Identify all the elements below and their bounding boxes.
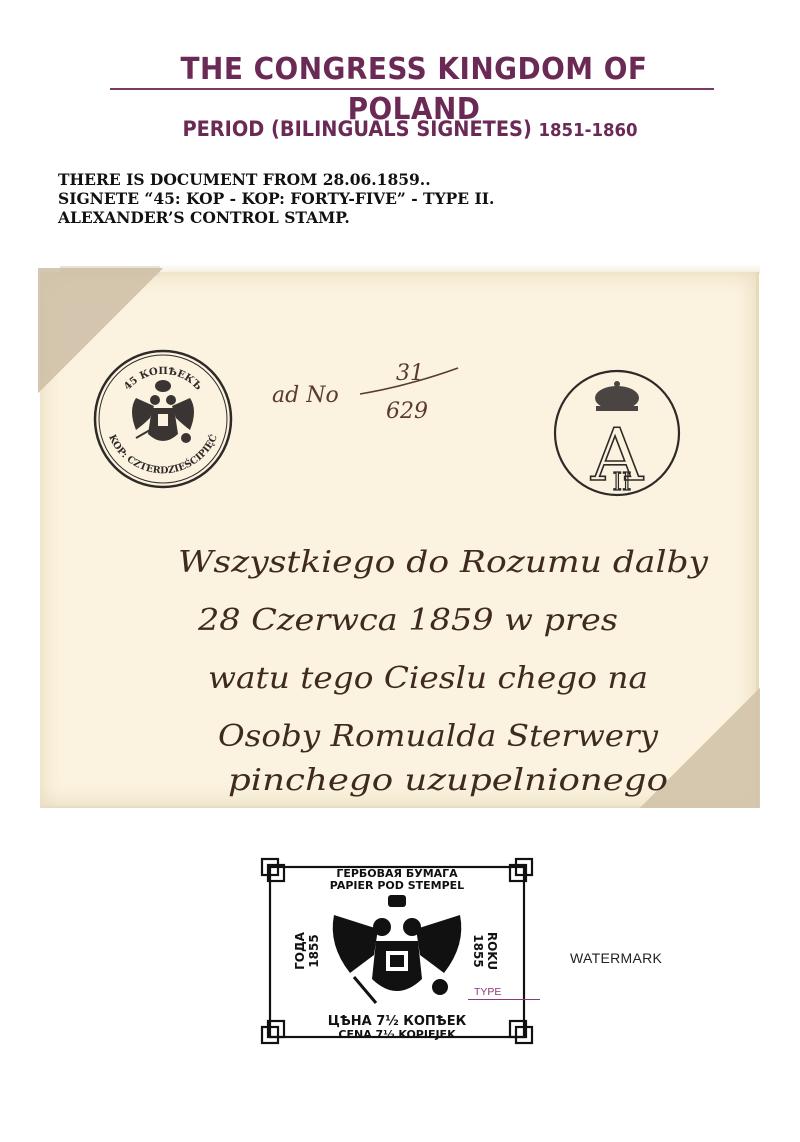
page-subtitle: PERIOD (BILINGUALS SIGNETES) 1851-1860 [152,115,667,145]
description-line: SIGNETE “45: KOP - KOP: FORTY-FIVE” - TY… [58,189,494,208]
alexander-control-stamp: А II [544,368,690,498]
handwriting-line: Osoby Romualda Sterwery [218,719,659,754]
watermark-bottom-line-1: ЦѢНА 7½ КОПѢЕК [328,1014,467,1029]
description: THERE IS DOCUMENT FROM 28.06.1859.. SIGN… [58,170,494,227]
description-line: ALEXANDER’S CONTROL STAMP. [58,208,494,227]
corner-knot-icon [262,1021,284,1043]
type-underline [468,999,540,1000]
handwriting-line: Wszystkiego do Rozumu dalby [178,545,709,580]
watermark-label: WATERMARK [570,950,662,966]
subtitle-years: 1851-1860 [538,120,637,141]
double-eagle-icon [333,895,462,1003]
subtitle-period: PERIOD (BILINGUALS SIGNETES) [182,117,538,141]
corner-knot-icon [510,859,532,881]
watermark-left-year: 1855 [307,934,321,967]
monogram-numeral: II [613,468,632,496]
handwriting-line: watu tego Cieslu chego na [208,661,648,696]
description-line: THERE IS DOCUMENT FROM 28.06.1859.. [58,170,494,189]
title-underline [110,88,714,90]
watermark-top-line-2: PAPIER POD STEMPEL [330,879,464,892]
watermark-right-year: 1855 [471,934,485,967]
watermark-left-word: ГОДА [293,931,307,970]
watermark-right-word: ROKU [485,932,499,970]
handwritten-annotation: ad No 31 629 [268,350,468,430]
watermark-bottom-line-2: CENA 7½ KOPIEJEK [338,1028,456,1041]
annotation-numerator: 31 [396,361,424,386]
handwriting-line: pinchego uzupelnionego [228,763,668,798]
watermark-illustration: ГЕРБОВАЯ БУМАГА PAPIER POD STEMPEL ЦѢНА … [258,855,536,1047]
corner-knot-icon [510,1021,532,1043]
annotation-denominator: 629 [386,399,428,424]
handwritten-text: Wszystkiego do Rozumu dalby 28 Czerwca 1… [160,520,740,810]
double-eagle-icon [132,380,194,443]
type-label: TYPE [474,986,501,998]
corner-knot-icon [262,859,284,881]
annotation-prefix: ad No [272,383,339,408]
handwriting-line: 28 Czerwca 1859 w pres [197,603,618,638]
signete-45-kop-seal: 45 КОПѢЕКЪ KOP: CZTERDZIEŚCIPIĘĆ [92,348,234,490]
crown-icon [595,381,639,411]
